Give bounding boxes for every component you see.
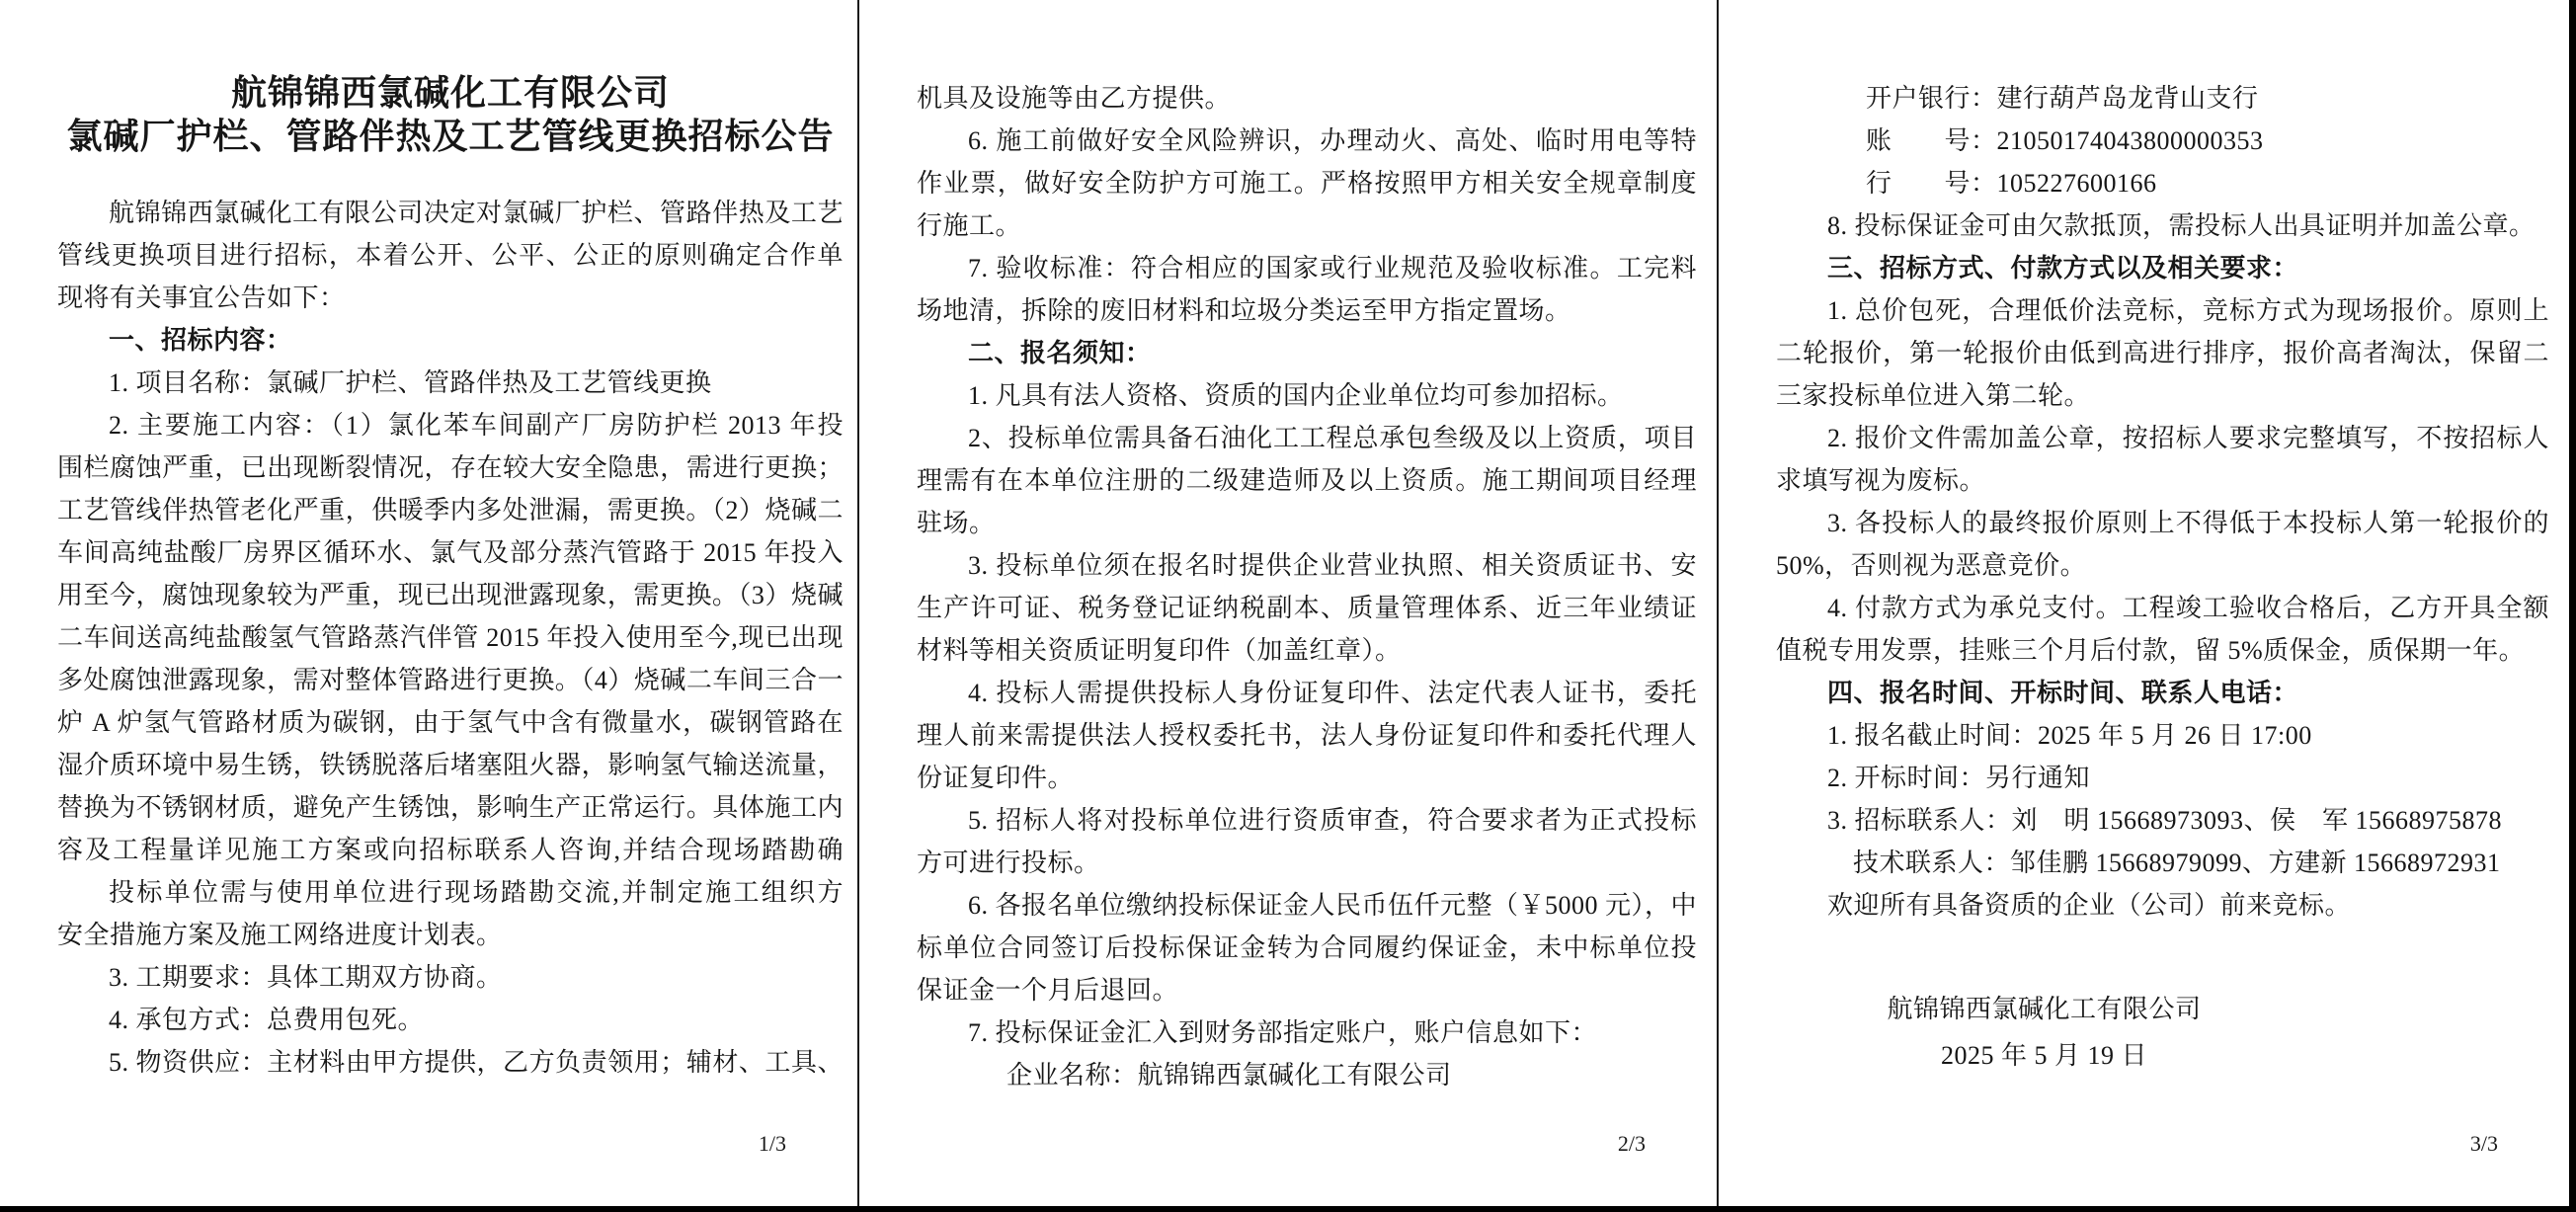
doc-line: 1. 项目名称：氯碱厂护栏、管路伴热及工艺管线更换 xyxy=(57,362,844,404)
doc-line: 求填写视为废标。 xyxy=(1776,459,2549,502)
section-heading: 二、报名须知： xyxy=(917,332,1697,374)
doc-line: 多处腐蚀泄露现象，需对整体管路进行更换。（4）烧碱二车间三合一 xyxy=(57,659,844,701)
doc-line: 2、投标单位需具备石油化工工程总承包叁级及以上资质，项目经 xyxy=(917,417,1697,459)
signature-line: 航锦锦西氯碱化工有限公司 xyxy=(1776,988,2549,1030)
doc-line: 二轮报价，第一轮报价由低到高进行排序，报价高者淘汰，保留二至 xyxy=(1776,332,2549,374)
doc-line: 8. 投标保证金可由欠款抵顶，需投标人出具证明并加盖公章。 xyxy=(1776,204,2549,247)
doc-line: 车间高纯盐酸厂房界区循环水、氯气及部分蒸汽管路于 2015 年投入使 xyxy=(57,531,844,574)
doc-line: 2. 报价文件需加盖公章，按招标人要求完整填写，不按招标人要 xyxy=(1776,417,2549,459)
signature-line: 2025 年 5 月 19 日 xyxy=(1776,1034,2549,1077)
page-2-content: 机具及设施等由乙方提供。6. 施工前做好安全风险辨识，办理动火、高处、临时用电等… xyxy=(859,0,1717,1206)
doc-line: 6. 各报名单位缴纳投标保证金人民币伍仟元整（￥5000 元），中 xyxy=(917,884,1697,927)
section-heading: 三、招标方式、付款方式以及相关要求： xyxy=(1776,247,2549,289)
doc-line: 7. 投标保证金汇入到财务部指定账户，账户信息如下： xyxy=(917,1011,1697,1054)
doc-line: 行 号：105227600166 xyxy=(1776,162,2549,204)
doc-line: 50%，否则视为恶意竞价。 xyxy=(1776,544,2549,587)
doc-line: 欢迎所有具备资质的企业（公司）前来竞标。 xyxy=(1776,884,2549,927)
doc-line: 3. 各投标人的最终报价原则上不得低于本投标人第一轮报价的 xyxy=(1776,502,2549,544)
doc-line: 二车间送高纯盐酸氢气管路蒸汽伴管 2015 年投入使用至今,现已出现 xyxy=(57,616,844,659)
doc-line: 开户银行：建行葫芦岛龙背山支行 xyxy=(1776,77,2549,120)
doc-line: 材料等相关资质证明复印件（加盖红章）。 xyxy=(917,629,1697,672)
doc-line: 6. 施工前做好安全风险辨识，办理动火、高处、临时用电等特种 xyxy=(917,120,1697,162)
doc-line: 方可进行投标。 xyxy=(917,842,1697,884)
doc-line: 1. 凡具有法人资格、资质的国内企业单位均可参加招标。 xyxy=(917,374,1697,417)
doc-line: 驻场。 xyxy=(917,502,1697,544)
doc-line: 标单位合同签订后投标保证金转为合同履约保证金，未中标单位投标 xyxy=(917,927,1697,969)
doc-line: 1. 总价包死，合理低价法竞标，竞标方式为现场报价。原则上分 xyxy=(1776,289,2549,332)
doc-line: 投标单位需与使用单位进行现场踏勘交流,并制定施工组织方案、 xyxy=(57,871,844,914)
doc-line: 1. 报名截止时间：2025 年 5 月 26 日 17:00 xyxy=(1776,714,2549,757)
doc-line: 三家投标单位进入第二轮。 xyxy=(1776,374,2549,417)
doc-line: 4. 投标人需提供投标人身份证复印件、法定代表人证书，委托代 xyxy=(917,672,1697,714)
doc-line: 理需有在本单位注册的二级建造师及以上资质。施工期间项目经理需 xyxy=(917,459,1697,502)
doc-title-line: 航锦锦西氯碱化工有限公司 xyxy=(57,71,844,115)
doc-line: 企业名称：航锦锦西氯碱化工有限公司 xyxy=(917,1054,1697,1096)
doc-line: 生产许可证、税务登记证纳税副本、质量管理体系、近三年业绩证明 xyxy=(917,587,1697,629)
doc-line: 5. 物资供应：主材料由甲方提供，乙方负责领用；辅材、工具、 xyxy=(57,1041,844,1084)
doc-line: 理人前来需提供法人授权委托书，法人身份证复印件和委托代理人身 xyxy=(917,714,1697,757)
doc-line: 账 号：21050174043800000353 xyxy=(1776,120,2549,162)
section-heading: 一、招标内容： xyxy=(57,319,844,362)
page-number: 2/3 xyxy=(1618,1131,1646,1157)
doc-line: 作业票，做好安全防护方可施工。严格按照甲方相关安全规章制度进 xyxy=(917,162,1697,204)
document-viewer: 航锦锦西氯碱化工有限公司氯碱厂护栏、管路伴热及工艺管线更换招标公告航锦锦西氯碱化… xyxy=(0,0,2576,1212)
page-1-content: 航锦锦西氯碱化工有限公司氯碱厂护栏、管路伴热及工艺管线更换招标公告航锦锦西氯碱化… xyxy=(0,0,857,1206)
page-1: 航锦锦西氯碱化工有限公司氯碱厂护栏、管路伴热及工艺管线更换招标公告航锦锦西氯碱化… xyxy=(0,0,859,1206)
doc-line: 工艺管线伴热管老化严重，供暖季内多处泄漏，需更换。（2）烧碱二 xyxy=(57,489,844,531)
doc-line: 用至今，腐蚀现象较为严重，现已出现泄露现象，需更换。（3）烧碱 xyxy=(57,574,844,616)
doc-line: 航锦锦西氯碱化工有限公司决定对氯碱厂护栏、管路伴热及工艺 xyxy=(57,192,844,234)
page-number: 1/3 xyxy=(759,1131,786,1157)
doc-line: 现将有关事宜公告如下： xyxy=(57,277,844,319)
doc-line: 值税专用发票，挂账三个月后付款，留 5%质保金，质保期一年。 xyxy=(1776,629,2549,672)
doc-line: 场地清，拆除的废旧材料和垃圾分类运至甲方指定置场。 xyxy=(917,289,1697,332)
doc-line: 炉 A 炉氢气管路材质为碳钢，由于氢气中含有微量水，碳钢管路在潮 xyxy=(57,701,844,744)
doc-line: 3. 工期要求：具体工期双方协商。 xyxy=(57,956,844,999)
doc-line: 安全措施方案及施工网络进度计划表。 xyxy=(57,914,844,956)
doc-line: 管线更换项目进行招标，本着公开、公平、公正的原则确定合作单位， xyxy=(57,234,844,277)
doc-line: 2. 主要施工内容：（1）氯化苯车间副产厂房防护栏 2013 年投用， xyxy=(57,404,844,446)
doc-line: 行施工。 xyxy=(917,204,1697,247)
doc-line: 围栏腐蚀严重，已出现断裂情况，存在较大安全隐患，需进行更换； xyxy=(57,446,844,489)
doc-line: 保证金一个月后退回。 xyxy=(917,969,1697,1011)
doc-line: 容及工程量详见施工方案或向招标联系人咨询,并结合现场踏勘确定。 xyxy=(57,829,844,871)
doc-line: 4. 承包方式：总费用包死。 xyxy=(57,999,844,1041)
page-2: 机具及设施等由乙方提供。6. 施工前做好安全风险辨识，办理动火、高处、临时用电等… xyxy=(859,0,1719,1206)
doc-line: 技术联系人：邹佳鹏 15668979099、方建新 15668972931 xyxy=(1776,842,2549,884)
doc-line: 7. 验收标准：符合相应的国家或行业规范及验收标准。工完料净 xyxy=(917,247,1697,289)
page-3-content: 开户银行：建行葫芦岛龙背山支行账 号：21050174043800000353行… xyxy=(1719,0,2569,1206)
page-number: 3/3 xyxy=(2470,1131,2498,1157)
doc-title-line: 氯碱厂护栏、管路伴热及工艺管线更换招标公告 xyxy=(57,115,844,158)
page-3: 开户银行：建行葫芦岛龙背山支行账 号：21050174043800000353行… xyxy=(1719,0,2569,1206)
doc-line: 3. 招标联系人：刘 明 15668973093、侯 军 15668975878 xyxy=(1776,799,2549,842)
doc-line: 5. 招标人将对投标单位进行资质审查，符合要求者为正式投标人 xyxy=(917,799,1697,842)
doc-line: 替换为不锈钢材质，避免产生锈蚀，影响生产正常运行。具体施工内 xyxy=(57,786,844,829)
doc-line: 湿介质环境中易生锈，铁锈脱落后堵塞阻火器，影响氢气输送流量， xyxy=(57,744,844,786)
section-heading: 四、报名时间、开标时间、联系人电话： xyxy=(1776,672,2549,714)
doc-line: 2. 开标时间：另行通知 xyxy=(1776,757,2549,799)
doc-line: 4. 付款方式为承兑支付。工程竣工验收合格后，乙方开具全额增 xyxy=(1776,587,2549,629)
doc-line: 份证复印件。 xyxy=(917,757,1697,799)
doc-line: 3. 投标单位须在报名时提供企业营业执照、相关资质证书、安全 xyxy=(917,544,1697,587)
doc-line: 机具及设施等由乙方提供。 xyxy=(917,77,1697,120)
